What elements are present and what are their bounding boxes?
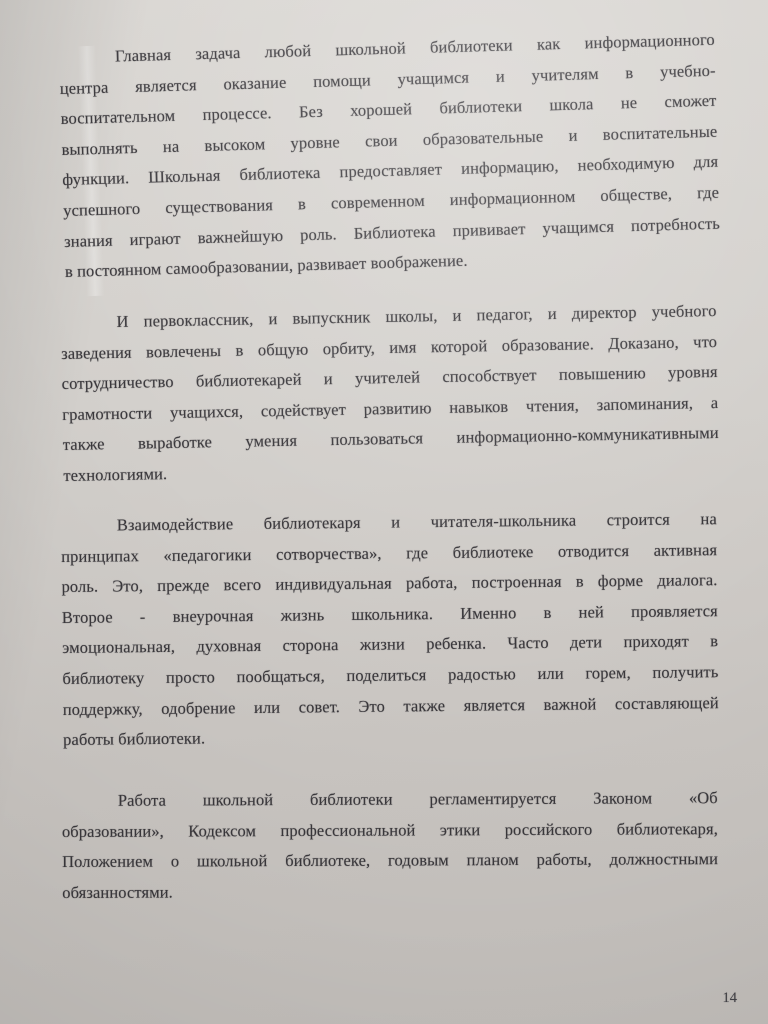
text-line: обязанностями. (62, 875, 718, 908)
paragraph: Главная задача любой школьной библиотеки… (59, 25, 722, 288)
page-number: 14 (723, 990, 738, 1007)
document-text-block: Главная задача любой школьной библиотеки… (62, 43, 718, 928)
paragraph: И первоклассник, и выпускник школы, и пе… (60, 296, 719, 492)
text-line: работы библиотеки. (63, 719, 719, 756)
paragraph: Взаимодействие библиотекаря и читателя-ш… (61, 504, 720, 756)
text-line: Положением о школьной библиотеке, годовы… (62, 844, 718, 877)
photographed-document-page: Главная задача любой школьной библиотеки… (0, 0, 768, 1024)
paragraph: Работа школьной библиотеки регламентируе… (62, 783, 719, 908)
text-line: образовании», Кодексом профессиональной … (62, 814, 718, 847)
text-line: Работа школьной библиотеки регламентируе… (62, 783, 718, 816)
